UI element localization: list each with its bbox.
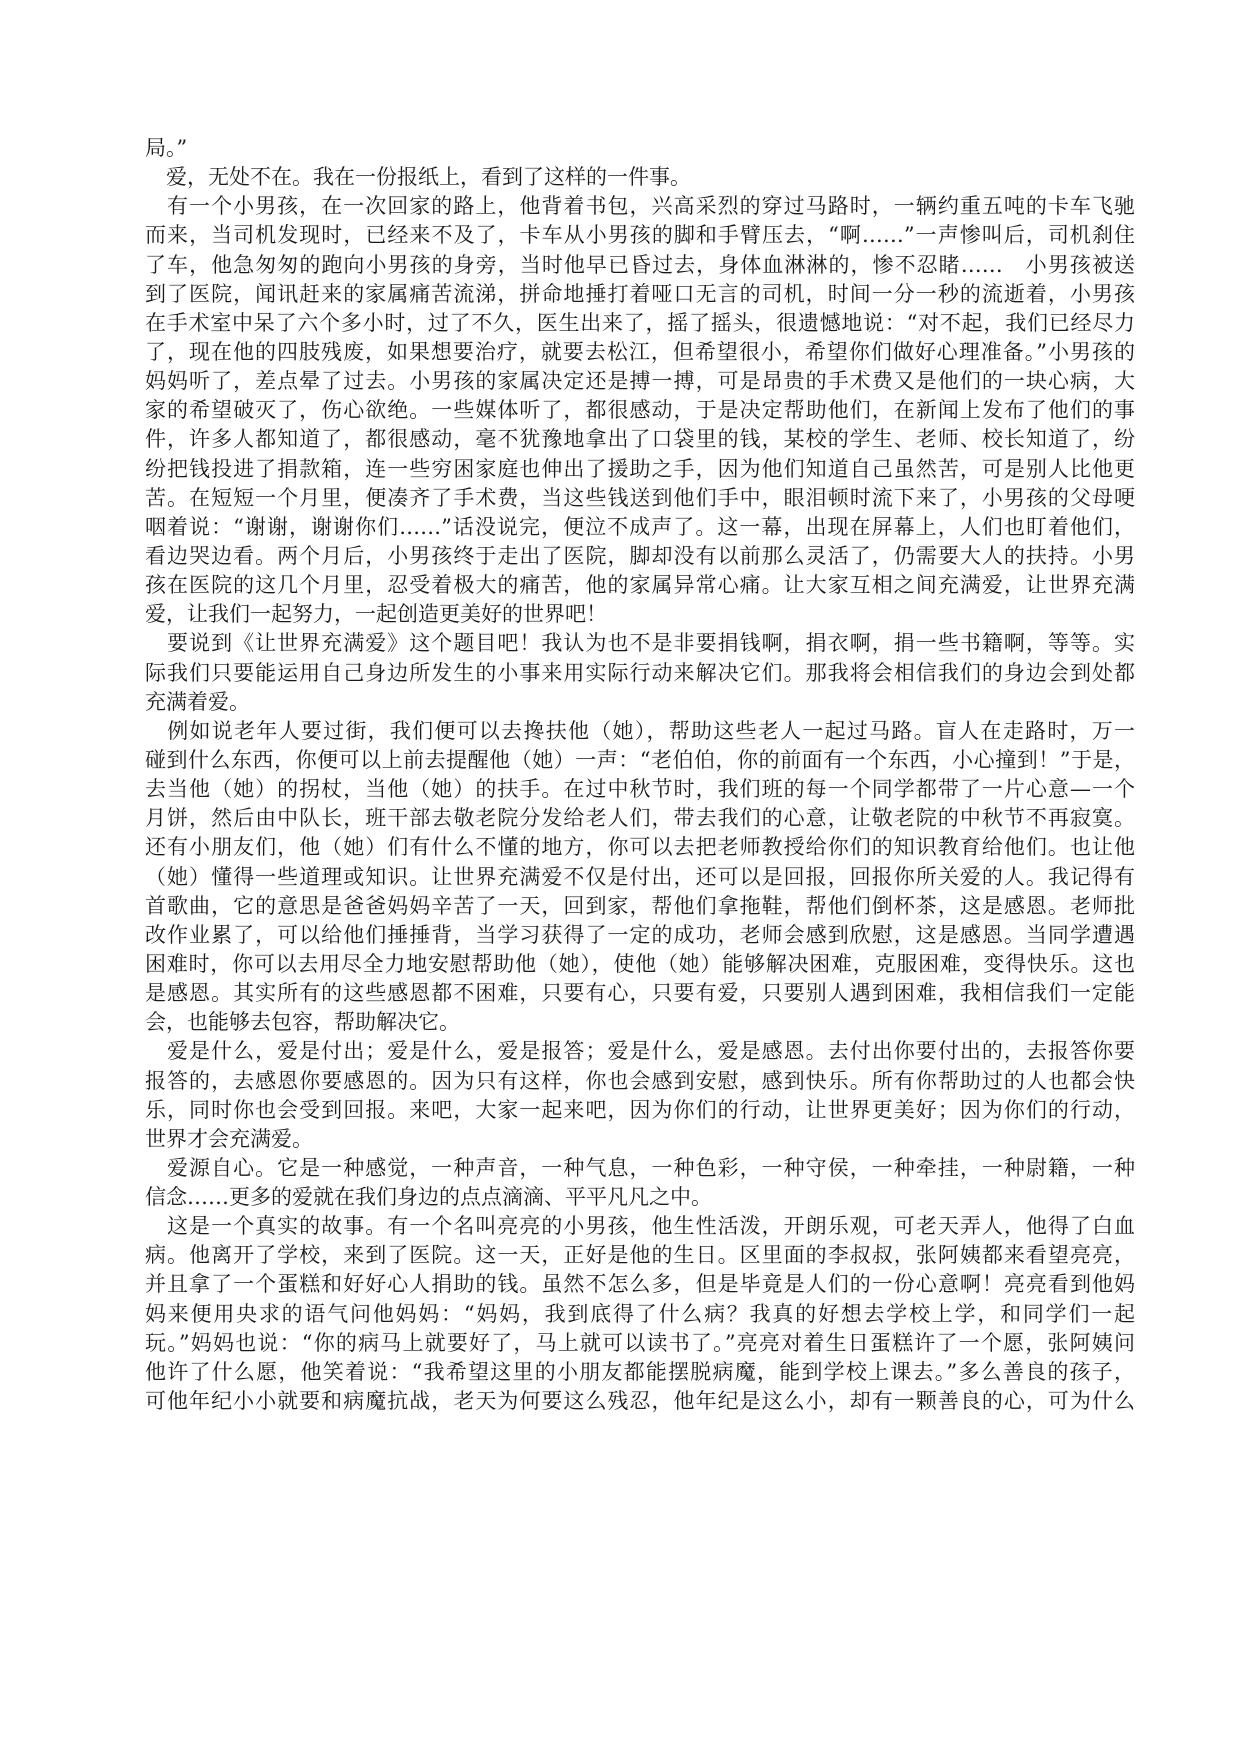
text-line: 乐，同时你也会受到回报。来吧，大家一起来吧，因为你们的行动，让世界更美好；因为你… (145, 1096, 1135, 1125)
text-line: 孩在医院的这几个月里，忍受着极大的痛苦，他的家属异常心痛。让大家互相之间充满爱，… (145, 571, 1135, 600)
text-line: 际我们只要能运用自己身边所发生的小事来用实际行动来解决它们。那我将会相信我们的身… (145, 659, 1135, 688)
text-line: 还有小朋友们，他（她）们有什么不懂的地方，你可以去把老师教授给你们的知识教育给他… (145, 833, 1135, 862)
text-line: 到了医院，闻讯赶来的家属痛苦流涕，拼命地捶打着哑口无言的司机，时间一分一秒的流逝… (145, 280, 1135, 309)
text-line: 报答的，去感恩你要感恩的。因为只有这样，你也会感到安慰，感到快乐。所有你帮助过的… (145, 1067, 1135, 1096)
text-line: 爱是什么，爱是付出；爱是什么，爱是报答；爱是什么，爱是感恩。去付出你要付出的，去… (145, 1037, 1135, 1066)
text-line: 家的希望破灭了，伤心欲绝。一些媒体听了，都很感动，于是决定帮助他们，在新闻上发布… (145, 396, 1135, 425)
text-line: 月饼，然后由中队长，班干部去敬老院分发给老人们，带去我们的心意，让敬老院的中秋节… (145, 804, 1135, 833)
text-line: 去当他（她）的拐杖，当他（她）的扶手。在过中秋节时，我们班的每一个同学都带了一片… (145, 775, 1135, 804)
text-line: 碰到什么东西，你便可以上前去提醒他（她）一声：“老伯伯，你的前面有一个东西，小心… (145, 746, 1135, 775)
text-line: 是感恩。其实所有的这些感恩都不困难，只要有心，只要有爱，只要别人遇到困难，我相信… (145, 979, 1135, 1008)
text-line: 了，现在他的四肢残废，如果想要治疗，就要去松江，但希望很小，希望你们做好心理准备… (145, 338, 1135, 367)
paragraph-final-line: 充满着爱。 (145, 688, 1135, 717)
text-line: 看边哭边看。两个月后，小男孩终于走出了医院，脚却没有以前那么灵活了，仍需要大人的… (145, 542, 1135, 571)
text-line: 爱源自心。它是一种感觉，一种声音，一种气息，一种色彩，一种守侯，一种牵挂，一种尉… (145, 1154, 1135, 1183)
text-line: 例如说老年人要过街，我们便可以去搀扶他（她），帮助这些老人一起过马路。盲人在走路… (145, 717, 1135, 746)
text-line: 妈来便用央求的语气问他妈妈：“妈妈，我到底得了什么病？我真的好想去学校上学，和同… (145, 1300, 1135, 1329)
text-line: 咽着说：“谢谢，谢谢你们……”话没说完，便泣不成声了。这一幕，出现在屏幕上，人们… (145, 513, 1135, 542)
paragraph-final-line: 爱，让我们一起努力，一起创造更美好的世界吧！ (145, 600, 1135, 629)
paragraph-final-line: 局。” (145, 134, 1135, 163)
text-line: 有一个小男孩，在一次回家的路上，他背着书包，兴高采烈的穿过马路时，一辆约重五吨的… (145, 192, 1135, 221)
text-line: 在手术室中呆了六个多小时，过了不久，医生出来了，摇了摇头，很遗憾地说：“对不起，… (145, 309, 1135, 338)
text-line: 纷把钱投进了捐款箱，连一些穷困家庭也伸出了援助之手，因为他们知道自己虽然苦，可是… (145, 455, 1135, 484)
text-line: 并且拿了一个蛋糕和好好心人捐助的钱。虽然不怎么多，但是毕竟是人们的一份心意啊！亮… (145, 1270, 1135, 1299)
text-line: 病。他离开了学校，来到了医院。这一天，正好是他的生日。区里面的李叔叔，张阿姨都来… (145, 1241, 1135, 1270)
text-line: 首歌曲，它的意思是爸爸妈妈辛苦了一天，回到家，帮他们拿拖鞋，帮他们倒杯茶，这是感… (145, 892, 1135, 921)
text-line: 要说到《让世界充满爱》这个题目吧！我认为也不是非要捐钱啊，捐衣啊，捐一些书籍啊，… (145, 629, 1135, 658)
text-line: 这是一个真实的故事。有一个名叫亮亮的小男孩，他生性活泼，开朗乐观，可老天弄人，他… (145, 1212, 1135, 1241)
text-line: 件，许多人都知道了，都很感动，毫不犹豫地拿出了口袋里的钱，某校的学生、老师、校长… (145, 425, 1135, 454)
text-line: 苦。在短短一个月里，便凑齐了手术费，当这些钱送到他们手中，眼泪顿时流下来了，小男… (145, 484, 1135, 513)
paragraph-final-line: 世界才会充满爱。 (145, 1125, 1135, 1154)
paragraph-final-line: 信念……更多的爱就在我们身边的点点滴滴、平平凡凡之中。 (145, 1183, 1135, 1212)
text-line: 妈妈听了，差点晕了过去。小男孩的家属决定还是搏一搏，可是昂贵的手术费又是他们的一… (145, 367, 1135, 396)
paragraph-final-line: 爱，无处不在。我在一份报纸上，看到了这样的一件事。 (145, 163, 1135, 192)
text-line: 可他年纪小小就要和病魔抗战，老天为何要这么残忍，他年纪是这么小，却有一颗善良的心… (145, 1387, 1135, 1416)
text-line: 改作业累了，可以给他们捶捶背，当学习获得了一定的成功，老师会感到欣慰，这是感恩。… (145, 921, 1135, 950)
text-line: 困难时，你可以去用尽全力地安慰帮助他（她），使他（她）能够解决困难，克服困难，变… (145, 950, 1135, 979)
text-line: 他许了什么愿，他笑着说：“我希望这里的小朋友都能摆脱病魔，能到学校上课去。”多么… (145, 1358, 1135, 1387)
text-line: 了车，他急匆匆的跑向小男孩的身旁，当时他早已昏过去，身体血淋淋的，惨不忍睹…… … (145, 251, 1135, 280)
text-line: 玩。”妈妈也说：“你的病马上就要好了，马上就可以读书了。”亮亮对着生日蛋糕许了一… (145, 1329, 1135, 1358)
paragraph-final-line: 会，也能够去包容，帮助解决它。 (145, 1008, 1135, 1037)
text-line: 而来，当司机发现时，已经来不及了，卡车从小男孩的脚和手臂压去，“啊……”一声惨叫… (145, 221, 1135, 250)
text-line: （她）懂得一些道理或知识。让世界充满爱不仅是付出，还可以是回报，回报你所关爱的人… (145, 863, 1135, 892)
essay-body-text: 局。” 爱，无处不在。我在一份报纸上，看到了这样的一件事。 有一个小男孩，在一次… (145, 134, 1135, 1416)
document-page: 局。” 爱，无处不在。我在一份报纸上，看到了这样的一件事。 有一个小男孩，在一次… (0, 0, 1241, 1754)
